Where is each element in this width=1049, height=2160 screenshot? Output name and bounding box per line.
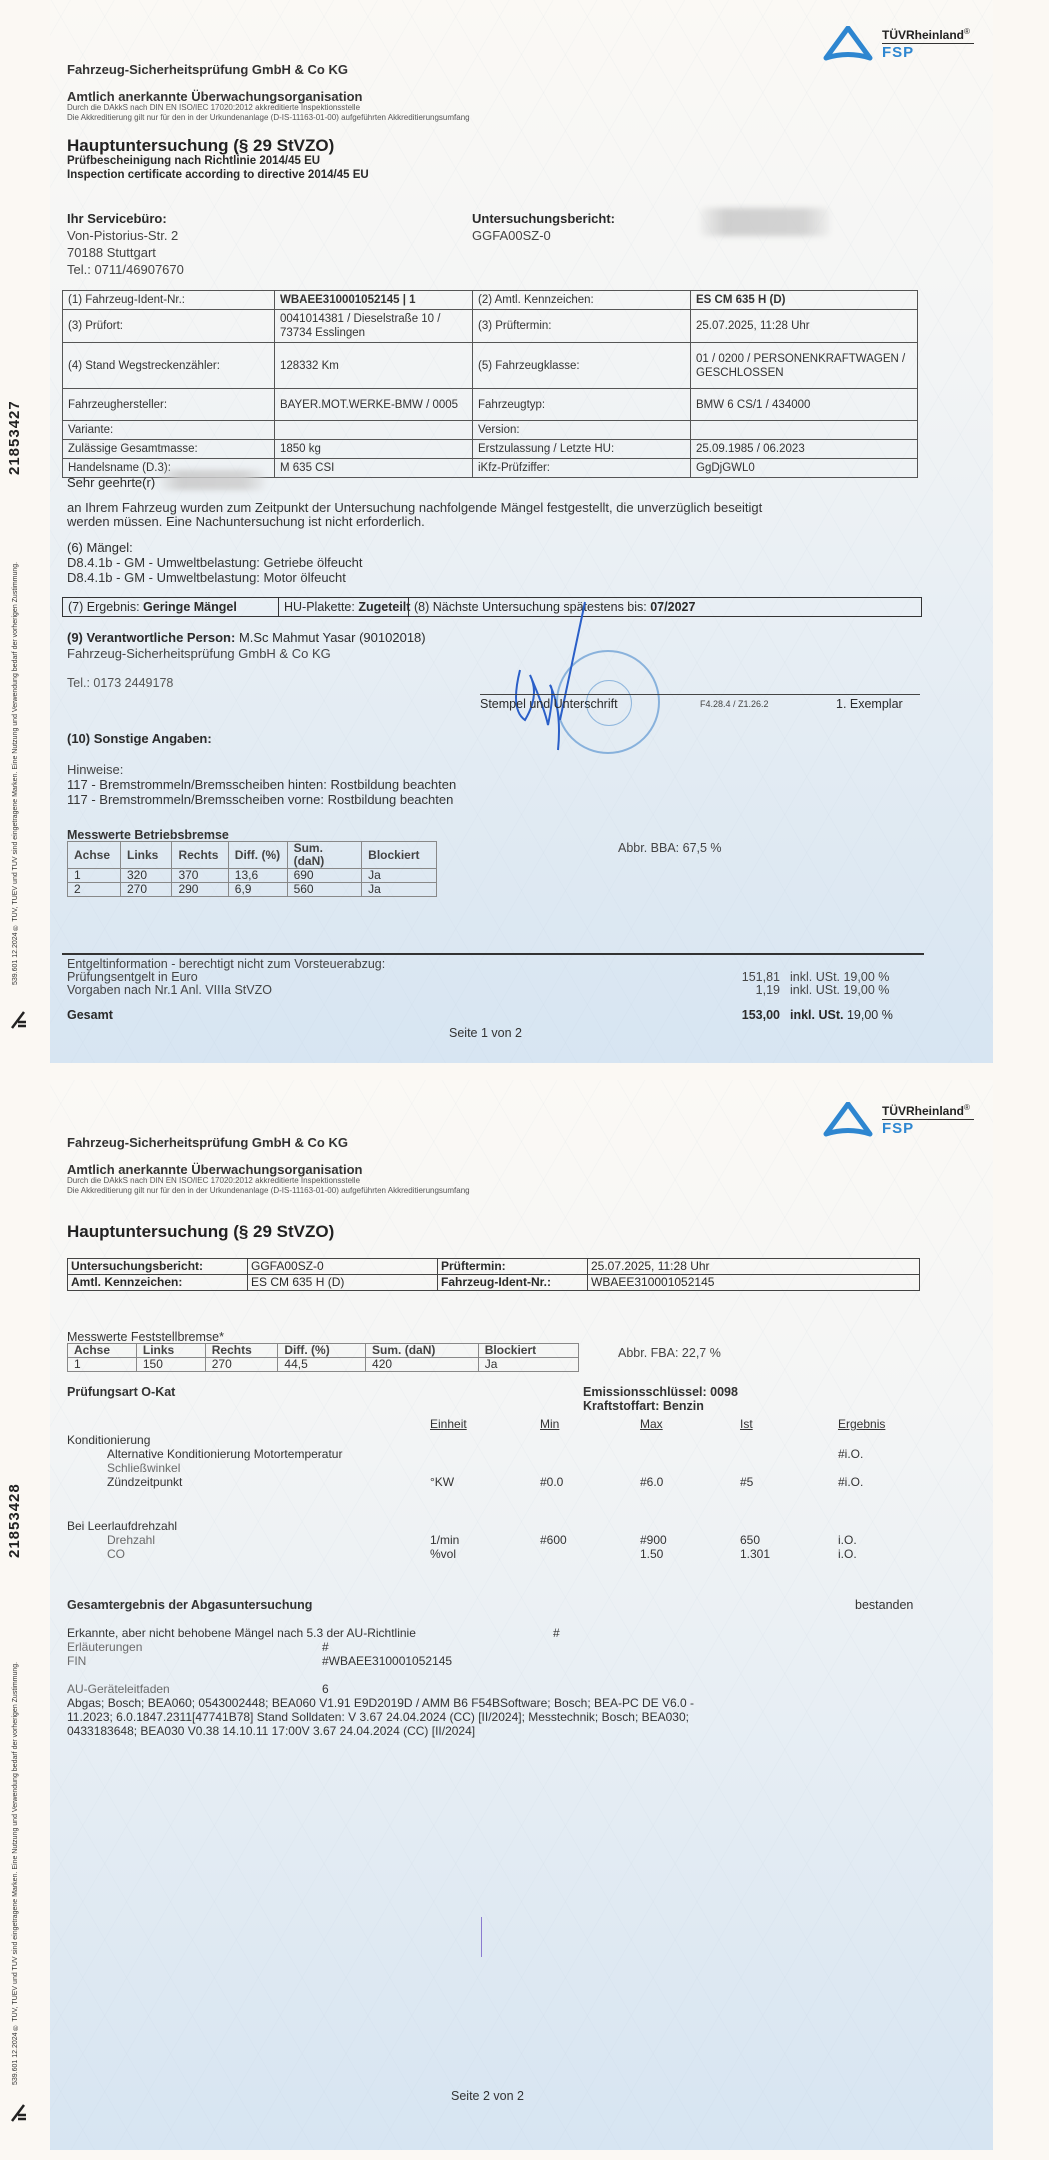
- tuv-logo: TÜVRheinland® FSP: [822, 24, 1022, 64]
- field-label: Zulässige Gesamtmasse:: [63, 440, 275, 459]
- column-header: Sum. (daN): [287, 842, 362, 869]
- vin-label: Fahrzeug-Ident-Nr.:: [438, 1275, 588, 1291]
- signature-scribble: [500, 600, 600, 760]
- detail-label: Erkannte, aber nicht behobene Mängel nac…: [67, 1626, 416, 1640]
- equipment-line: 11.2023; 6.0.1847.2311[47741B78] Stand S…: [67, 1710, 689, 1724]
- report-label: Untersuchungsbericht:: [68, 1259, 248, 1275]
- field-value: 0041014381 / Dieselstraße 10 / 73734 Ess…: [275, 310, 473, 343]
- salutation: Sehr geehrte(r): [67, 475, 155, 490]
- subtitle-de: Prüfbescheinigung nach Richtlinie 2014/4…: [67, 155, 320, 167]
- brake-cell: 290: [172, 883, 228, 897]
- column-header: Min: [540, 1417, 559, 1431]
- field-value: [275, 421, 473, 440]
- measurement-value: #5: [740, 1475, 753, 1489]
- page-number: Seite 1 von 2: [449, 1026, 522, 1040]
- field-value: 25.07.2025, 11:28 Uhr: [691, 310, 918, 343]
- hints-label: Hinweise:: [67, 762, 123, 777]
- field-value: 128332 Km: [275, 343, 473, 389]
- field-value: [691, 421, 918, 440]
- pen-mark: [481, 1917, 482, 1957]
- fee-label: Prüfungsentgelt in Euro: [67, 970, 198, 984]
- measurement-name: Zündzeitpunkt: [107, 1475, 182, 1489]
- fees-divider: [62, 953, 924, 955]
- brake-table-header: AchseLinksRechtsDiff. (%)Sum. (daN)Block…: [68, 1344, 579, 1358]
- detail-label: Erläuterungen: [67, 1640, 142, 1654]
- field-value: BAYER.MOT.WERKE-BMW / 0005: [275, 389, 473, 421]
- responsible-person: (9) Verantwortliche Person: M.Sc Mahmut …: [67, 630, 426, 645]
- detail-value: #WBAEE310001052145: [322, 1654, 452, 1668]
- vehicle-table-row: (4) Stand Wegstreckenzähler:128332 Km(5)…: [63, 343, 918, 389]
- column-header: Einheit: [430, 1417, 467, 1431]
- field-label: Variante:: [63, 421, 275, 440]
- field-label: Erstzulassung / Letzte HU:: [473, 440, 691, 459]
- brake-cell: 320: [121, 869, 172, 883]
- company-name: Fahrzeug-Sicherheitsprüfung GmbH & Co KG: [67, 62, 348, 77]
- column-header: Rechts: [172, 842, 228, 869]
- total-label: Gesamt: [67, 1008, 113, 1022]
- legal-notice: 539.601 12.2024 ® TÜV, TUEV und TUV sind…: [12, 505, 19, 985]
- responsible-company: Fahrzeug-Sicherheitsprüfung GmbH & Co KG: [67, 646, 331, 661]
- measurement-value: i.O.: [838, 1547, 857, 1561]
- document-serial: 21853427: [6, 385, 30, 475]
- column-header: Max: [640, 1417, 663, 1431]
- fee-tax: inkl. USt. 19,00 %: [790, 983, 889, 997]
- column-header: Links: [121, 842, 172, 869]
- brake-table-header: AchseLinksRechtsDiff. (%)Sum. (daN)Block…: [68, 842, 437, 869]
- plate-label: Amtl. Kennzeichen:: [68, 1275, 248, 1291]
- field-label: Fahrzeughersteller:: [63, 389, 275, 421]
- emission-key: Emissionsschlüssel: 0098: [583, 1385, 738, 1399]
- field-label: (2) Amtl. Kennzeichen:: [473, 291, 691, 310]
- vehicle-table-row: (1) Fahrzeug-Ident-Nr.:WBAEE310001052145…: [63, 291, 918, 310]
- brake-cell: Ja: [362, 883, 437, 897]
- field-value: ES CM 635 H (D): [691, 291, 918, 310]
- detail-value: #: [553, 1626, 560, 1640]
- tuv-triangle-icon: [822, 26, 874, 62]
- column-header: Diff. (%): [228, 842, 287, 869]
- field-label: (3) Prüfort:: [63, 310, 275, 343]
- field-label: (1) Fahrzeug-Ident-Nr.:: [63, 291, 275, 310]
- accreditation-line-1: Durch die DAkkS nach DIN EN ISO/IEC 1702…: [67, 103, 360, 113]
- measurement-value: 1.301: [740, 1547, 770, 1561]
- field-value: M 635 CSI: [275, 459, 473, 478]
- measurement-name: Schließwinkel: [107, 1461, 180, 1475]
- vehicle-table-row: Fahrzeughersteller:BAYER.MOT.WERKE-BMW /…: [63, 389, 918, 421]
- subtitle-en: Inspection certificate according to dire…: [67, 169, 369, 181]
- company-name: Fahrzeug-Sicherheitsprüfung GmbH & Co KG: [67, 1135, 348, 1150]
- copy-label: 1. Exemplar: [836, 697, 903, 711]
- date-label: Prüftermin:: [438, 1259, 588, 1275]
- brake-cell: 150: [136, 1358, 205, 1372]
- defect-item: D8.4.1b - GM - Umweltbelastung: Motor öl…: [67, 570, 346, 585]
- brand-sub: FSP: [882, 1120, 914, 1137]
- service-office-street: Von-Pistorius-Str. 2: [67, 228, 178, 243]
- accreditation-line-2: Die Akkreditierung gilt nur für den in d…: [67, 1186, 470, 1196]
- field-value: WBAEE310001052145 | 1: [275, 291, 473, 310]
- page-1: TÜVRheinland® FSP Fahrzeug-Sicherheitspr…: [0, 0, 1049, 1065]
- field-value: 1850 kg: [275, 440, 473, 459]
- org-title: Amtlich anerkannte Überwachungsorganisat…: [67, 89, 362, 104]
- brake-cell: 6,9: [228, 883, 287, 897]
- measurement-value: #900: [640, 1533, 667, 1547]
- signature-label: Stempel und Unterschrift: [480, 697, 618, 711]
- brand-name: TÜVRheinland®: [882, 27, 970, 42]
- brake-cell: 420: [366, 1358, 479, 1372]
- brake-cell: 270: [121, 883, 172, 897]
- column-header: Blockiert: [362, 842, 437, 869]
- brake-table-row: 132037013,6690Ja: [68, 869, 437, 883]
- brand-name: TÜVRheinland®: [882, 1103, 970, 1118]
- accreditation-line-2: Die Akkreditierung gilt nur für den in d…: [67, 113, 470, 123]
- test-type: Prüfungsart O-Kat: [67, 1385, 175, 1399]
- measurement-value: #600: [540, 1533, 567, 1547]
- brake-cell: 1: [68, 1358, 137, 1372]
- fuel-type: Kraftstoffart: Benzin: [583, 1399, 704, 1413]
- column-header: Links: [136, 1344, 205, 1358]
- brake-cell: 1: [68, 869, 121, 883]
- bba-value: Abbr. BBA: 67,5 %: [618, 841, 722, 855]
- field-label: Version:: [473, 421, 691, 440]
- measurement-value: 650: [740, 1533, 760, 1547]
- equipment-line: 0433183648; BEA030 V0.38 14.10.11 17:00V…: [67, 1724, 475, 1738]
- document-serial: 21853428: [6, 1468, 30, 1558]
- field-value: 25.09.1985 / 06.2023: [691, 440, 918, 459]
- defect-item: D8.4.1b - GM - Umweltbelastung: Getriebe…: [67, 555, 363, 570]
- brake-cell: 690: [287, 869, 362, 883]
- fba-value: Abbr. FBA: 22,7 %: [618, 1346, 721, 1360]
- column-header: Ist: [740, 1417, 753, 1431]
- measurement-value: 1.50: [640, 1547, 663, 1561]
- parking-brake-table: AchseLinksRechtsDiff. (%)Sum. (daN)Block…: [67, 1343, 579, 1372]
- result-box: (7) Ergebnis: Geringe Mängel HU-Plakette…: [62, 597, 922, 617]
- page-title: Hauptuntersuchung (§ 29 StVZO): [67, 136, 334, 156]
- fee-amount: 1,19: [670, 983, 780, 997]
- other-info-label: (10) Sonstige Angaben:: [67, 731, 212, 746]
- fees-header: Entgeltinformation - berechtigt nicht zu…: [67, 957, 385, 971]
- page-2: TÜVRheinland® FSP Fahrzeug-Sicherheitspr…: [0, 1080, 1049, 2160]
- letter-body-1: an Ihrem Fahrzeug wurden zum Zeitpunkt d…: [67, 500, 762, 515]
- overall-result-label: Gesamtergebnis der Abgasuntersuchung: [67, 1598, 312, 1612]
- result-cell: (7) Ergebnis: Geringe Mängel: [63, 598, 279, 616]
- vin-value: WBAEE310001052145: [588, 1275, 920, 1291]
- total-amount: 153,00: [670, 1008, 780, 1022]
- column-header: Ergebnis: [838, 1417, 885, 1431]
- measurement-value: #6.0: [640, 1475, 663, 1489]
- signature-line: [480, 694, 920, 695]
- brake-cell: 44,5: [278, 1358, 366, 1372]
- measurement-value: 1/min: [430, 1533, 459, 1547]
- vehicle-table-row: Variante:Version:: [63, 421, 918, 440]
- service-office-city: 70188 Stuttgart: [67, 245, 156, 260]
- brake-table-row: 22702906,9560Ja: [68, 883, 437, 897]
- measurement-value: %vol: [430, 1547, 456, 1561]
- accreditation-line-1: Durch die DAkkS nach DIN EN ISO/IEC 1702…: [67, 1176, 360, 1186]
- service-office-phone: Tel.: 0711/46907670: [67, 262, 184, 277]
- measurement-value: i.O.: [838, 1533, 857, 1547]
- fee-label: Vorgaben nach Nr.1 Anl. VIIIa StVZO: [67, 983, 272, 997]
- hint-item: 117 - Bremstrommeln/Bremsscheiben hinten…: [67, 777, 456, 792]
- measurement-value: °KW: [430, 1475, 454, 1489]
- column-header: Achse: [68, 1344, 137, 1358]
- report-label: Untersuchungsbericht:: [472, 211, 615, 226]
- equipment-line: Abgas; Bosch; BEA060; 0543002448; BEA060…: [67, 1696, 694, 1710]
- measurement-value: #0.0: [540, 1475, 563, 1489]
- page-title: Hauptuntersuchung (§ 29 StVZO): [67, 1222, 334, 1242]
- overall-result-value: bestanden: [855, 1598, 913, 1612]
- next-inspection-cell: (8) Nächste Untersuchung spätestens bis:…: [409, 598, 921, 616]
- brake-cell: 370: [172, 869, 228, 883]
- report-summary-table: Untersuchungsbericht: GGFA00SZ-0 Prüfter…: [67, 1258, 920, 1291]
- report-value: GGFA00SZ-0: [248, 1259, 438, 1275]
- brake-cell: 270: [205, 1358, 278, 1372]
- service-brake-title: Messwerte Betriebsbremse: [67, 828, 229, 842]
- tuv-logo: TÜVRheinland® FSP: [822, 1100, 1022, 1140]
- field-label: iKfz-Prüfziffer:: [473, 459, 691, 478]
- total-tax: inkl. USt. 19,00 %: [790, 1008, 893, 1022]
- vehicle-table-row: Zulässige Gesamtmasse:1850 kgErstzulassu…: [63, 440, 918, 459]
- measurement-value: #i.O.: [838, 1475, 863, 1489]
- brake-table-row: 115027044,5420Ja: [68, 1358, 579, 1372]
- service-brake-table: AchseLinksRechtsDiff. (%)Sum. (daN)Block…: [67, 841, 437, 897]
- guide-value: 6: [322, 1682, 329, 1696]
- service-office-label: Ihr Servicebüro:: [67, 211, 167, 226]
- redacted-area: [700, 208, 830, 236]
- detail-value: #: [322, 1640, 329, 1654]
- brake-cell: Ja: [478, 1358, 578, 1372]
- column-header: Achse: [68, 842, 121, 869]
- report-number: GGFA00SZ-0: [472, 228, 551, 243]
- field-value: GgDjGWL0: [691, 459, 918, 478]
- corner-mark-icon: [10, 2103, 28, 2123]
- field-label: (5) Fahrzeugklasse:: [473, 343, 691, 389]
- column-header: Blockiert: [478, 1344, 578, 1358]
- brake-cell: Ja: [362, 869, 437, 883]
- plate-value: ES CM 635 H (D): [248, 1275, 438, 1291]
- parking-brake-title: Messwerte Feststellbremse*: [67, 1330, 224, 1344]
- column-header: Sum. (daN): [366, 1344, 479, 1358]
- vehicle-data-table: (1) Fahrzeug-Ident-Nr.:WBAEE310001052145…: [62, 290, 918, 478]
- vehicle-table-row: (3) Prüfort:0041014381 / Dieselstraße 10…: [63, 310, 918, 343]
- field-value: BMW 6 CS/1 / 434000: [691, 389, 918, 421]
- tuv-triangle-icon: [822, 1102, 874, 1138]
- guide-label: AU-Geräteleitfaden: [67, 1682, 170, 1696]
- brake-cell: 560: [287, 883, 362, 897]
- plakette-cell: HU-Plakette: Zugeteilt: [279, 598, 409, 616]
- brand-sub: FSP: [882, 44, 914, 61]
- fee-amount: 151,81: [670, 970, 780, 984]
- detail-label: FIN: [67, 1654, 86, 1668]
- measurement-value: #i.O.: [838, 1447, 863, 1461]
- column-header: Rechts: [205, 1344, 278, 1358]
- field-value: 01 / 0200 / PERSONENKRAFTWAGEN / GESCHLO…: [691, 343, 918, 389]
- measurement-name: Drehzahl: [107, 1533, 155, 1547]
- section-title: Konditionierung: [67, 1433, 150, 1447]
- field-label: (4) Stand Wegstreckenzähler:: [63, 343, 275, 389]
- responsible-phone: Tel.: 0173 2449178: [67, 676, 173, 690]
- section-title: Bei Leerlaufdrehzahl: [67, 1519, 177, 1533]
- letter-body-2: werden müssen. Eine Nachuntersuchung ist…: [67, 514, 425, 529]
- field-label: (3) Prüftermin:: [473, 310, 691, 343]
- measurement-name: Alternative Konditionierung Motortempera…: [107, 1447, 342, 1461]
- brake-cell: 2: [68, 883, 121, 897]
- fee-tax: inkl. USt. 19,00 %: [790, 970, 889, 984]
- corner-mark-icon: [10, 1010, 28, 1030]
- defects-label: (6) Mängel:: [67, 540, 133, 555]
- measurement-name: CO: [107, 1547, 125, 1561]
- date-value: 25.07.2025, 11:28 Uhr: [588, 1259, 920, 1275]
- hint-item: 117 - Bremstrommeln/Bremsscheiben vorne:…: [67, 792, 453, 807]
- form-code: F4.28.4 / Z1.26.2: [700, 699, 769, 709]
- org-title: Amtlich anerkannte Überwachungsorganisat…: [67, 1162, 362, 1177]
- field-label: Fahrzeugtyp:: [473, 389, 691, 421]
- redacted-name: [160, 470, 265, 490]
- brake-cell: 13,6: [228, 869, 287, 883]
- column-header: Diff. (%): [278, 1344, 366, 1358]
- legal-notice: 539.601 12.2024 ® TÜV, TUEV und TUV sind…: [12, 1605, 19, 2085]
- page-number: Seite 2 von 2: [451, 2089, 524, 2103]
